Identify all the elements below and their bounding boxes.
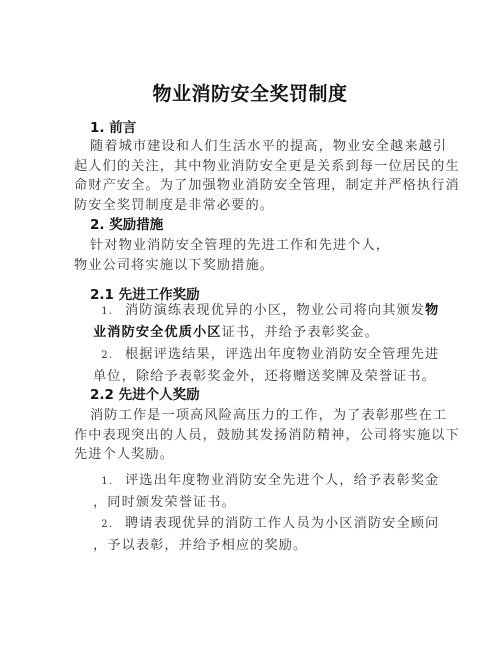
list-item: 2.聘请表现优异的消防工作人员为小区消防安全顾问 ，予以表彰，并给予相应的奖励。 — [93, 513, 433, 556]
item-number: 2. — [93, 514, 113, 535]
list-item: 1.消防演练表现优异的小区，物业公司将向其颁发物 业消防安全优质小区证书，并给予… — [93, 300, 433, 343]
paragraph-line: 物业公司将实施以下奖励措施。 — [74, 256, 436, 276]
paragraph-line: 命财产安全。为了加强物业消防安全管理，制定并严格执行消 — [74, 176, 436, 196]
item-text: 评选出年度物业消防安全先进个人，给予表彰奖金 — [125, 473, 439, 488]
item-number: 2. — [93, 345, 113, 366]
section-heading-rewards: 2. 奖励措施 — [90, 213, 163, 233]
list-item: 2.根据评选结果，评选出年度物业消防安全管理先进 单位，除给予表彰奖金外，还将赠… — [93, 344, 433, 387]
item-number: 1. — [93, 471, 113, 492]
item-number: 1. — [93, 301, 113, 322]
section-heading-preface: 1. 前言 — [90, 116, 136, 136]
item-text: ，予以表彰，并给予相应的奖励。 — [93, 535, 433, 556]
individual-awards-paragraph: 消防工作是一项高风险高压力的工作，为了表彰那些在工 作中表现突出的人员，鼓励其发… — [74, 406, 436, 465]
subsection-heading-individual-awards: 2.2 先进个人奖励 — [90, 383, 200, 403]
list-item: 1.评选出年度物业消防安全先进个人，给予表彰奖金 ，同时颁发荣誉证书。 — [93, 470, 433, 513]
item-text: 消防演练表现优异的小区，物业公司将向其颁发 — [125, 303, 425, 318]
paragraph-line: 随着城市建设和人们生活水平的提高，物业安全越来越引 — [74, 137, 436, 157]
paragraph-line: 消防工作是一项高风险高压力的工作，为了表彰那些在工 — [74, 406, 436, 426]
rewards-intro-paragraph: 针对物业消防安全管理的先进工作和先进个人， 物业公司将实施以下奖励措施。 — [74, 236, 436, 275]
paragraph-line: 起人们的关注，其中物业消防安全更是关系到每一位居民的生 — [74, 157, 436, 177]
paragraph-line: 先进个人奖励。 — [74, 445, 436, 465]
item-bold-text: 物 — [425, 303, 439, 318]
item-text: ，同时颁发荣誉证书。 — [93, 492, 433, 513]
document-title: 物业消防安全奖罚制度 — [0, 79, 500, 106]
item-text: 根据评选结果，评选出年度物业消防安全管理先进 — [125, 347, 439, 362]
item-bold-text: 业消防安全优质小区 — [93, 325, 222, 340]
paragraph-line: 作中表现突出的人员，鼓励其发扬消防精神，公司将实施以下 — [74, 426, 436, 446]
preface-paragraph: 随着城市建设和人们生活水平的提高，物业安全越来越引 起人们的关注，其中物业消防安… — [74, 137, 436, 215]
item-text: 证书，并给予表彰奖金。 — [222, 325, 379, 340]
document-page: 物业消防安全奖罚制度 1. 前言 随着城市建设和人们生活水平的提高，物业安全越来… — [0, 0, 500, 647]
item-text: 聘请表现优异的消防工作人员为小区消防安全顾问 — [125, 516, 439, 531]
paragraph-line: 针对物业消防安全管理的先进工作和先进个人， — [74, 236, 436, 256]
